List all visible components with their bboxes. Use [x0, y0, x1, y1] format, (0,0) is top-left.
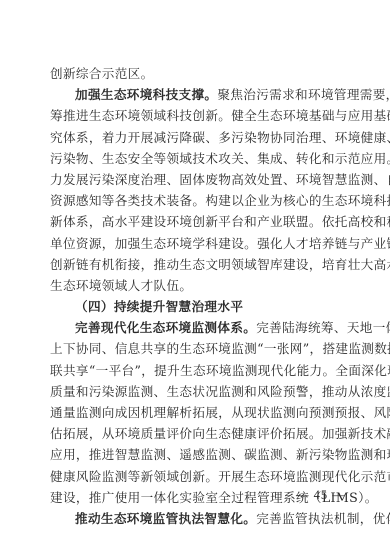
paragraph-line: 新体系，高水平建设环境创新平台和产业联盟。依托高校和科研 [50, 211, 346, 232]
document-page: 创新综合示范区。加强生态环境科技支撑。聚焦治污需求和环境管理需要，统筹推进生态环… [50, 63, 346, 529]
paragraph-start-line: 完善现代化生态环境监测体系。完善陆海统筹、天地一体、 [50, 317, 346, 338]
line-text: 资源感知等各类技术装备。构建以企业为核心的生态环境科技创 [50, 193, 390, 208]
paragraph-line: 力发展污染深度治理、固体废物高效处置、环境智慧监测、自然 [50, 169, 346, 190]
line-text: 联共享“一平台”，提升生态环境监测现代化能力。全面深化环境 [50, 363, 390, 378]
paragraph-line: 估拓展，从环境质量评价向生态健康评价拓展。加强新技术融合 [50, 423, 346, 444]
line-text: 质量和污染源监测、生态状况监测和风险预警，推动从浓度监测、 [50, 384, 390, 399]
paragraph-line: 污染物、生态安全等领域技术攻关、集成、转化和示范应用。大 [50, 148, 346, 169]
paragraph-line: 生态环境领域人才队伍。 [50, 275, 346, 296]
line-text: 力发展污染深度治理、固体废物高效处置、环境智慧监测、自然 [50, 172, 390, 187]
paragraph-start-line: 加强生态环境科技支撑。聚焦治污需求和环境管理需要，统 [50, 84, 346, 105]
paragraph-line: 健康风险监测等新领域创新。开展生态环境监测现代化示范市县 [50, 466, 346, 487]
paragraph-line: 创新综合示范区。 [50, 63, 346, 84]
paragraph-line: 上下协同、信息共享的生态环境监测“一张网”，搭建监测数据互 [50, 338, 346, 359]
line-text: 估拓展，从环境质量评价向生态健康评价拓展。加强新技术融合 [50, 426, 390, 441]
line-text: 创新链有机衔接，推动生态文明领域智库建设，培育壮大高水平 [50, 257, 390, 272]
paragraph-line: 究体系，着力开展减污降碳、多污染物协同治理、环境健康、新 [50, 127, 346, 148]
paragraph-line: 联共享“一平台”，提升生态环境监测现代化能力。全面深化环境 [50, 360, 346, 381]
paragraph-lead-in: 加强生态环境科技支撑。 [75, 87, 217, 102]
page-number: — 45 — [296, 488, 346, 503]
line-text: 新体系，高水平建设环境创新平台和产业联盟。依托高校和科研 [50, 214, 390, 229]
line-text: 应用，推进智慧监测、遥感监测、碳监测、新污染物监测和环境 [50, 447, 390, 462]
line-text: 通量监测向成因机理解析拓展，从现状监测向预测预报、风险评 [50, 405, 390, 420]
paragraph-start-line: 推动生态环境监管执法智慧化。完善监管执法机制，优化监 [50, 508, 346, 529]
line-text: 上下协同、信息共享的生态环境监测“一张网”，搭建监测数据互 [50, 341, 390, 356]
line-text: 污染物、生态安全等领域技术攻关、集成、转化和示范应用。大 [50, 151, 390, 166]
line-text: 聚焦治污需求和环境管理需要，统 [217, 87, 390, 102]
paragraph-line: 质量和污染源监测、生态状况监测和风险预警，推动从浓度监测、 [50, 381, 346, 402]
line-text: 生态环境领域人才队伍。 [50, 278, 192, 293]
line-text: 筹推进生态环境领域科技创新。健全生态环境基础与应用基础研 [50, 108, 390, 123]
paragraph-line: 筹推进生态环境领域科技创新。健全生态环境基础与应用基础研 [50, 105, 346, 126]
paragraph-line: 单位资源，加强生态环境学科建设。强化人才培养链与产业链、 [50, 233, 346, 254]
line-text: 完善陆海统筹、天地一体、 [256, 320, 390, 335]
paragraph-line: 资源感知等各类技术装备。构建以企业为核心的生态环境科技创 [50, 190, 346, 211]
paragraph-line: 应用，推进智慧监测、遥感监测、碳监测、新污染物监测和环境 [50, 444, 346, 465]
paragraph-lead-in: 推动生态环境监管执法智慧化。 [75, 511, 256, 526]
paragraph-lead-in: 完善现代化生态环境监测体系。 [75, 320, 256, 335]
section-heading-text: （四）持续提升智慧治理水平 [75, 299, 243, 314]
paragraph-line: 通量监测向成因机理解析拓展，从现状监测向预测预报、风险评 [50, 402, 346, 423]
line-text: 完善监管执法机制，优化监 [256, 511, 390, 526]
paragraph-line: 创新链有机衔接，推动生态文明领域智库建设，培育壮大高水平 [50, 254, 346, 275]
line-text: 健康风险监测等新领域创新。开展生态环境监测现代化示范市县 [50, 469, 390, 484]
line-text: 单位资源，加强生态环境学科建设。强化人才培养链与产业链、 [50, 236, 390, 251]
line-text: 创新综合示范区。 [50, 66, 154, 81]
line-text: 究体系，着力开展减污降碳、多污染物协同治理、环境健康、新 [50, 130, 390, 145]
section-heading: （四）持续提升智慧治理水平 [50, 296, 346, 317]
